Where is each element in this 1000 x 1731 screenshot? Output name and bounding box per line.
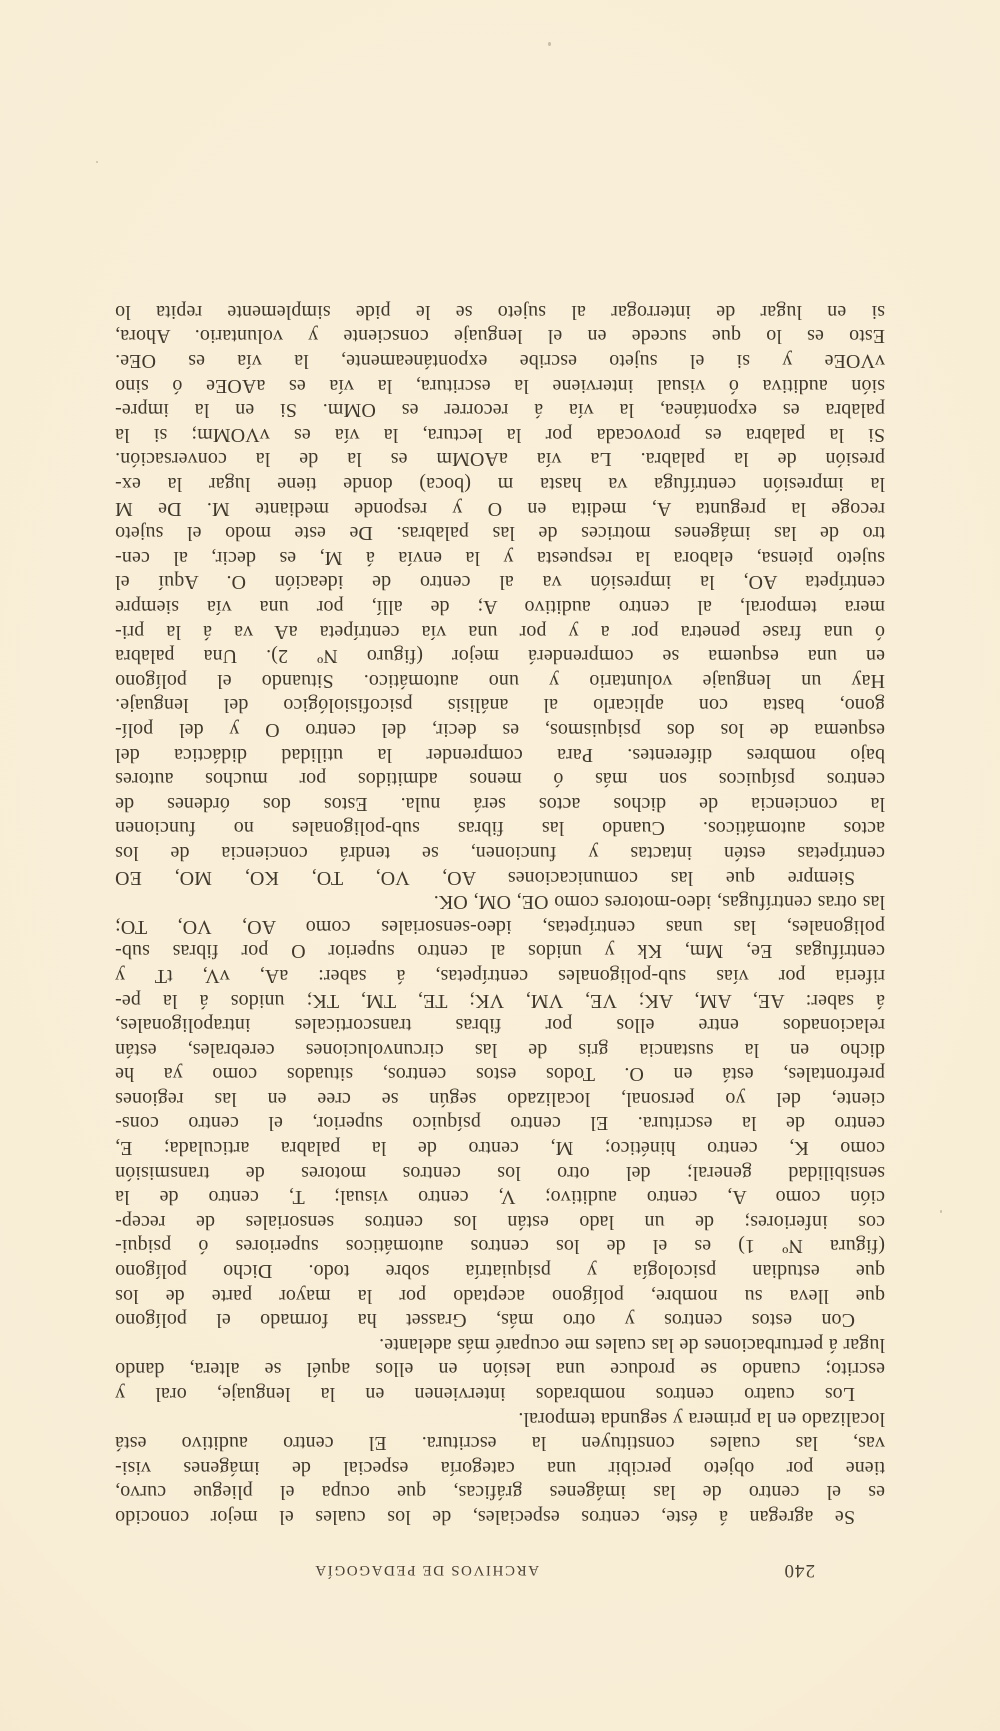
text-line: (figura Nº 1) es el de los centros autom… [115, 1234, 885, 1259]
page-scan: 240 ARCHIVOS DE PEDAGOGÍA Se agregan á é… [0, 0, 1000, 1731]
text-line: centrífugas Ee, Mm, Kk y unidos al centr… [115, 939, 885, 964]
text-line: la conciencia de dichos actos será nula.… [115, 791, 885, 816]
text-line: centrípeta AO, la impresión va al centro… [115, 570, 885, 595]
text-line: prefrontales, está en O. Todos estos cen… [115, 1062, 885, 1087]
text-line: como K, centro hinético; M, centro de la… [115, 1136, 885, 1161]
text-line: si en lugar de interrogar al sujeto se l… [115, 299, 885, 324]
text-line: lugar á perturbaciones de las cuales me … [115, 1332, 885, 1357]
text-line: recoge la pregunta A, medita en O y resp… [115, 496, 885, 521]
text-line: mera temporal, al centro auditivo A; de … [115, 594, 885, 619]
text-line: escrito; cuando se produce una lesión en… [115, 1357, 885, 1382]
text-line: la impresión centrífuga va hasta m (boca… [115, 471, 885, 496]
text-line: bajo nombres diferentes. Para comprender… [115, 742, 885, 767]
text-line: ción como A, centro auditivo; V, centro … [115, 1185, 885, 1210]
running-title: ARCHIVOS DE PEDAGOGÍA [314, 1561, 539, 1578]
text-line: tro de las imágenes motrices de las pala… [115, 521, 885, 546]
text-line: centros psíquicos son más ó menos admiti… [115, 767, 885, 792]
text-line: riferia por vías sub-poligonales centríp… [115, 963, 885, 988]
text-line: actos automáticos. Cuando las fibras sub… [115, 816, 885, 841]
text-line: sujeto piensa, elabora la respuesta y la… [115, 545, 885, 570]
text-line: en una esquema se comprenderá mejor (fig… [115, 644, 885, 669]
text-line: á saber: AE, AM, AK; VE, VM, VK; TE, TM,… [115, 988, 885, 1013]
text-line: centrípetas estén intactas y funcionen, … [115, 840, 885, 865]
text-line: centro de la escritura. El centro psíqui… [115, 1111, 885, 1136]
text-line: Se agregan á éste, centros especiales, d… [115, 1504, 885, 1529]
text-line: sensibilidad general; del otro los centr… [115, 1160, 885, 1185]
text-line: Los cuatro centros nombrados intervienen… [115, 1381, 885, 1406]
text-line: Esto es lo que sucede en el lenguaje con… [115, 324, 885, 349]
text-line: poligonales, las unas centrípetas, ideo-… [115, 914, 885, 939]
text-line: que lleva su nombre, polígono aceptado p… [115, 1283, 885, 1308]
page-header: 240 ARCHIVOS DE PEDAGOGÍA [115, 1555, 885, 1581]
text-line: vas, las cuales constituyen la escritura… [115, 1431, 885, 1456]
text-line: Con estos centros y otro más, Grasset ha… [115, 1308, 885, 1333]
text-line: que estudian psicología y psiquiatría so… [115, 1258, 885, 1283]
text-line: relacionados entre ellos por fibras tran… [115, 1013, 885, 1038]
rotated-page: 240 ARCHIVOS DE PEDAGOGÍA Se agregan á é… [0, 0, 1000, 1731]
text-line: palabra es expontánea, la vía á recorrer… [115, 398, 885, 423]
text-line: presión de la palabra. La vía aAOMm es l… [115, 447, 885, 472]
text-line: esquema de los dos psiquismos, es decir,… [115, 717, 885, 742]
text-line: las otras centrífugas, ideo-motores como… [115, 890, 885, 915]
text-line: es el centro de las imágenes gráficas, q… [115, 1480, 885, 1505]
text-line: cos inferiores; de un lado están los cen… [115, 1209, 885, 1234]
text-line: Siempre que las comunicaciones AO, VO, T… [115, 865, 885, 890]
text-line: Si la palabra es provocada por la lectur… [115, 422, 885, 447]
body-text: Se agregan á éste, centros especiales, d… [115, 299, 885, 1529]
text-line: Hay un lenguaje voluntario y uno automát… [115, 668, 885, 693]
text-line: sión auditiva ó visual interviene la esc… [115, 373, 885, 398]
text-line: localizado en la primera y segunda tempo… [115, 1406, 885, 1431]
page-number: 240 [784, 1559, 816, 1581]
text-line: ciente, del yo personal, localizado segú… [115, 1086, 885, 1111]
text-line: gono, basta con aplicarlo al análisis ps… [115, 693, 885, 718]
text-line: tiene por objeto percibir una categoría … [115, 1455, 885, 1480]
text-line: dicho en la sustancia gris de las circun… [115, 1037, 885, 1062]
text-line: ó una frase penetra por a y por una vía … [115, 619, 885, 644]
text-line: vVOEe y si el sujeto escribe expontáneam… [115, 349, 885, 374]
